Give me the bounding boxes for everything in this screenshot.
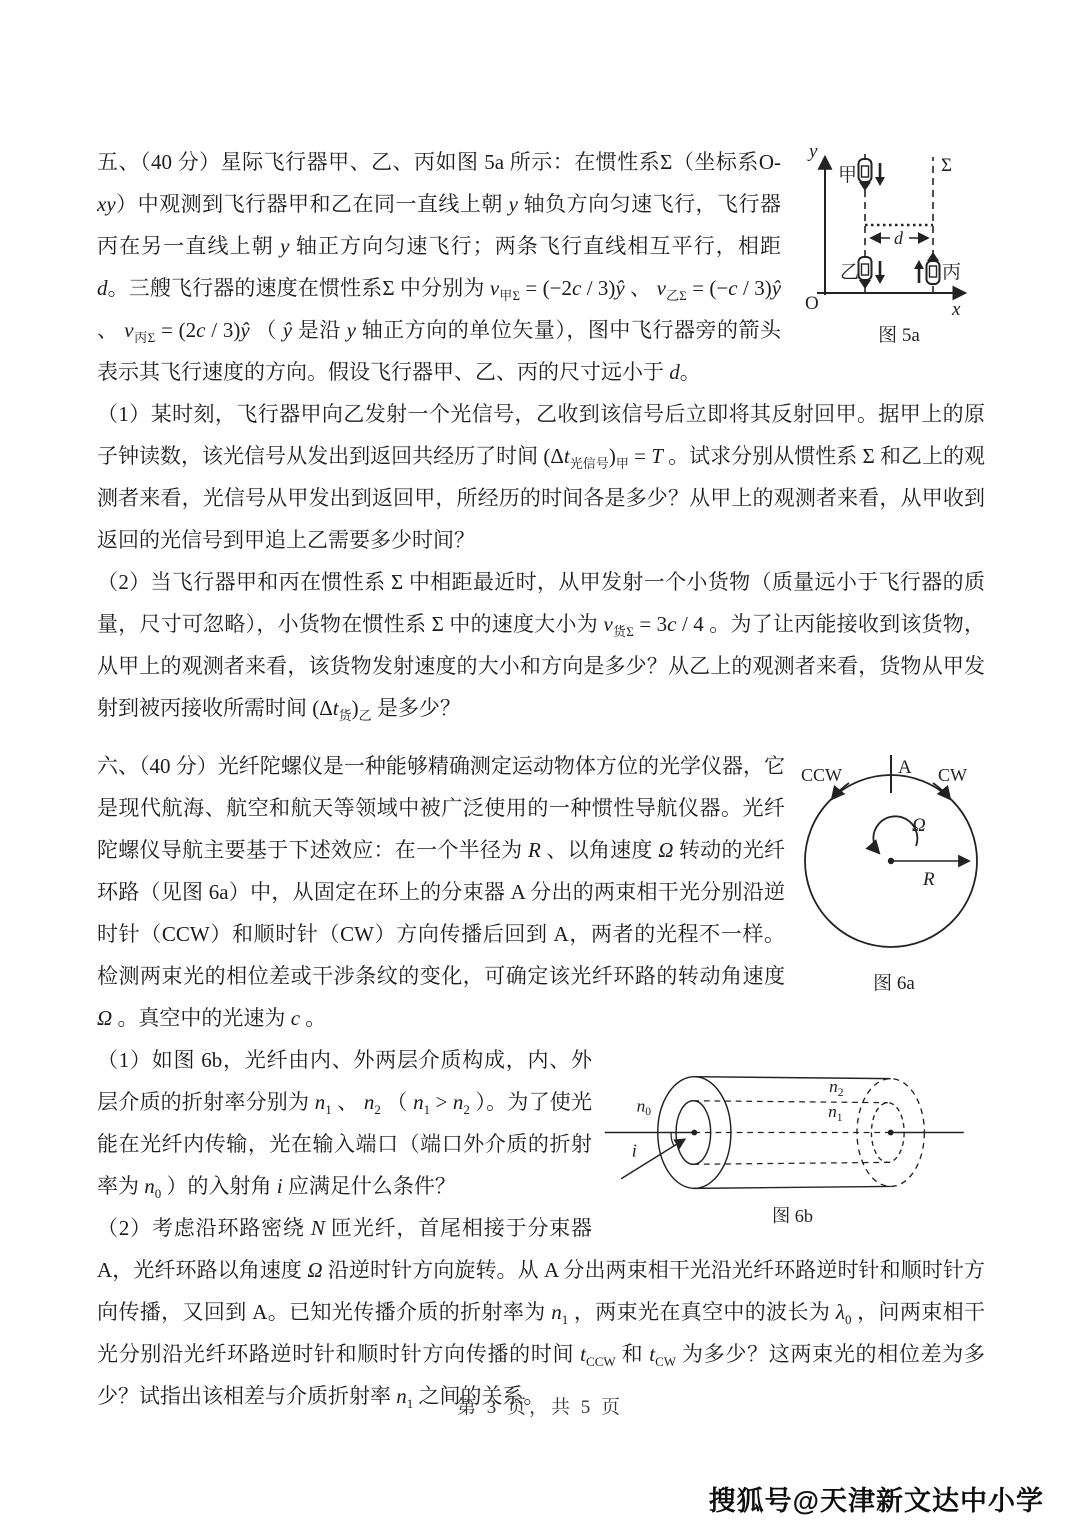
spacecraft-jia-icon [859,159,872,191]
core-index-label: n1 [828,1102,843,1124]
spacecraft-bing-icon [927,252,940,284]
problem-5-question-1: （1）某时刻，飞行器甲向乙发射一个光信号，乙收到该信号后立即将其反射回甲。据甲上… [97,393,985,561]
figure-6a-caption: 图 6a [873,972,915,994]
cylinder-top-edge [694,1077,890,1079]
frame-sigma-label: Σ [941,155,952,176]
omega-rotation-arrow [873,816,917,853]
cylinder-bottom-edge [694,1186,890,1188]
ccw-direction-arrow [832,783,849,799]
loop-center-dot [888,858,894,864]
radius-label: R [922,869,935,890]
figure-6a-drawing: A CCW CW Ω R 图 6a [799,749,985,996]
incidence-angle-label: i [632,1141,637,1161]
omega-label: Ω [912,815,926,836]
velocity-arrowhead-jia [875,177,885,186]
x-axis-label: x [951,299,961,320]
distance-label: d [894,228,904,248]
figure-6b-caption: 图 6b [772,1206,813,1226]
incident-ray-arrow [621,1139,685,1178]
beam-splitter-label: A [898,757,912,778]
problem-5: y x O Σ d [97,141,985,729]
figure-6b: i n0 n2 n1 图 6b [600,1065,985,1227]
core-bottom-edge [693,1162,887,1164]
incidence-angle-arc [671,1133,674,1146]
page-content: y x O Σ d [97,141,985,1417]
watermark: 搜狐号@天津新文达中小学 [709,1479,1044,1518]
outside-index-label: n0 [637,1096,652,1118]
origin-label: O [805,293,819,314]
page-number: 第 3 页，共 5 页 [0,1392,1080,1419]
cw-direction-arrow [933,783,950,799]
y-axis-label: y [807,141,818,162]
exam-page: y x O Σ d [0,0,1080,1527]
craft-jia-label: 甲 [838,165,857,186]
problem-6-question-2: （2）考虑沿环路密绕 N 匝光纤，首尾相接于分束器 A，光纤环路以角速度 Ω 沿… [97,1207,985,1417]
problem-5-question-2: （2）当飞行器甲和丙在惯性系 Σ 中相距最近时，从甲发射一个小货物（质量远小于飞… [97,561,985,729]
right-axis-dot [888,1130,894,1136]
figure-5a: y x O Σ d [795,141,985,356]
left-axis-dot [691,1130,697,1136]
craft-yi-label: 乙 [840,262,859,283]
cw-label: CW [938,765,967,785]
velocity-arrowhead-yi [875,275,885,284]
figure-6b-drawing: i n0 n2 n1 图 6b [600,1065,985,1227]
core-top-edge [693,1101,887,1103]
figure-5a-drawing: y x O Σ d [795,141,985,356]
craft-bing-label: 丙 [942,261,961,283]
ccw-label: CCW [801,765,842,785]
cladding-index-label: n2 [829,1077,844,1099]
figure-5a-caption: 图 5a [878,324,920,346]
problem-6: A CCW CW Ω R 图 6a 六、（40 分）光纤 [97,745,985,1417]
velocity-arrowhead-bing [914,260,924,269]
spacecraft-yi-icon [859,257,872,289]
figure-6a: A CCW CW Ω R 图 6a [799,749,985,996]
